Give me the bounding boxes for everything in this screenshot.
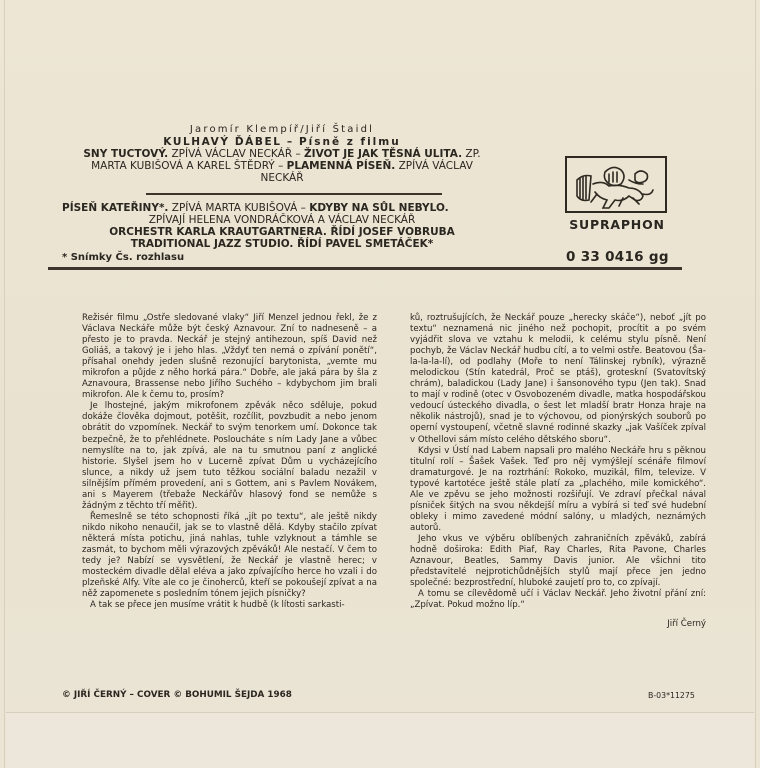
divider-short xyxy=(146,193,442,195)
title-dash: – xyxy=(287,136,299,148)
track-performer: ZPÍVÁ VÁCLAV NECKÁŘ – xyxy=(168,148,304,160)
album-title-line: KULHAVÝ ĎÁBEL – Písně z filmu xyxy=(62,136,502,148)
track-line: PÍSEŇ KATEŘINY*. ZPÍVÁ MARTA KUBIŠOVÁ – … xyxy=(62,202,502,214)
track-title: ŽIVOT JE JAK TĚSNÁ ULITA. xyxy=(304,148,462,160)
author-signature: Jiří Černý xyxy=(410,619,706,630)
liner-paragraph: A tomu se cílevědomě učí i Václav Neckář… xyxy=(410,589,706,611)
track-performer: ZP. xyxy=(462,148,481,160)
supraphon-logo-icon xyxy=(565,156,667,213)
album-title: KULHAVÝ ĎÁBEL xyxy=(163,136,281,148)
track-list-lines: PÍSEŇ KATEŘINY*. ZPÍVÁ MARTA KUBIŠOVÁ – … xyxy=(62,202,502,250)
divider-long xyxy=(48,267,682,270)
track-line: ORCHESTR KARLA KRAUTGARTNERA. ŘÍDÍ JOSEF… xyxy=(62,226,502,238)
liner-paragraph: Řemeslně se této schopnosti říká „jít po… xyxy=(82,512,377,600)
track-title: KDYBY NA SŮL NEBYLO. xyxy=(309,202,448,214)
composers: Jaromír Klempíř/Jiří Štaidl xyxy=(62,124,502,136)
liner-paragraph: Je lhostejné, jakým mikrofonem zpěvák ně… xyxy=(82,401,377,511)
track-line: ZPÍVAJÍ HELENA VONDRÁČKOVÁ A VÁCLAV NECK… xyxy=(62,214,502,226)
track-line: NECKÁŘ xyxy=(62,172,502,184)
track-line: MARTA KUBIŠOVÁ A KAREL ŠTĚDRÝ – PLAMENNÁ… xyxy=(62,160,502,172)
liner-paragraph: Jeho vkus ve výběru oblíbených zahraničn… xyxy=(410,534,706,589)
track-performer: ZPÍVÁ MARTA KUBIŠOVÁ – xyxy=(168,202,309,214)
footnote: * Snímky Čs. rozhlasu xyxy=(62,252,184,263)
track-line: TRADITIONAL JAZZ STUDIO. ŘÍDÍ PAVEL SMET… xyxy=(62,238,502,250)
liner-paragraph: ků, roztrušujících, že Neckář pouze „her… xyxy=(410,313,706,446)
track-performer: ZPÍVÁ VÁCLAV xyxy=(395,160,473,172)
record-sleeve-back: Jaromír Klempíř/Jiří Štaidl KULHAVÝ ĎÁBE… xyxy=(0,0,760,768)
track-line: SNY TUCTOVÝ. ZPÍVÁ VÁCLAV NECKÁŘ – ŽIVOT… xyxy=(62,148,502,160)
track-list-part-1: SNY TUCTOVÝ. ZPÍVÁ VÁCLAV NECKÁŘ – ŽIVOT… xyxy=(62,148,502,184)
track-performer: NECKÁŘ xyxy=(261,172,304,184)
liner-paragraph: A tak se přece jen musíme vrátit k hudbě… xyxy=(82,600,377,611)
sleeve-flap xyxy=(6,712,754,768)
track-list-part-2: PÍSEŇ KATEŘINY*. ZPÍVÁ MARTA KUBIŠOVÁ – … xyxy=(62,202,502,250)
track-title: SNY TUCTOVÝ. xyxy=(83,148,168,160)
liner-paragraph: Kdysi v Ústí nad Labem napsali pro maléh… xyxy=(410,446,706,534)
copyright-notice: © JIŘÍ ČERNÝ – COVER © BOHUMIL ŠEJDA 196… xyxy=(62,690,292,700)
album-credits: Jaromír Klempíř/Jiří Štaidl KULHAVÝ ĎÁBE… xyxy=(62,124,502,184)
brand-name: SUPRAPHON xyxy=(562,217,672,232)
print-code: B-03*11275 xyxy=(648,691,695,700)
track-title: PÍSEŇ KATEŘINY*. xyxy=(62,202,168,214)
track-performer: MARTA KUBIŠOVÁ A KAREL ŠTĚDRÝ – xyxy=(91,160,287,172)
album-subtitle: Písně z filmu xyxy=(299,136,401,148)
liner-paragraph: Režisér filmu „Ostře sledované vlaky“ Ji… xyxy=(82,313,377,401)
liner-notes-right-column: ků, roztrušujících, že Neckář pouze „her… xyxy=(410,313,706,630)
track-title: ORCHESTR KARLA KRAUTGARTNERA. ŘÍDÍ JOSEF… xyxy=(109,226,455,238)
sleeve-edge-left xyxy=(4,0,5,768)
sleeve-edge-right xyxy=(755,0,756,768)
liner-notes-left-column: Režisér filmu „Ostře sledované vlaky“ Ji… xyxy=(82,313,377,611)
track-title: TRADITIONAL JAZZ STUDIO. ŘÍDÍ PAVEL SMET… xyxy=(131,238,434,250)
track-title: PLAMENNÁ PÍSEŇ. xyxy=(287,160,396,172)
track-performer: ZPÍVAJÍ HELENA VONDRÁČKOVÁ A VÁCLAV NECK… xyxy=(149,214,416,226)
lion-lyre-icon xyxy=(567,158,665,211)
catalog-number: 0 33 0416 gg xyxy=(566,249,669,265)
